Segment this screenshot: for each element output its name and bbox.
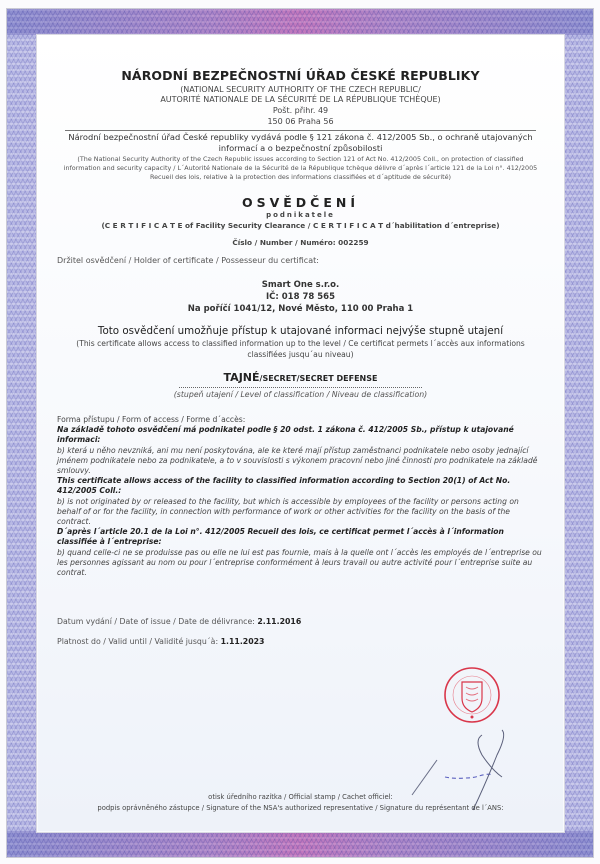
authority-po-box: Pošt. přihr. 49: [37, 106, 564, 115]
certificate-document: NÁRODNÍ BEZPEČNOSTNÍ ÚŘAD ČESKÉ REPUBLIK…: [36, 34, 565, 833]
certificate-subtitle: podnikatele: [37, 211, 564, 219]
classification-note: (stupeň utajení / Level of classificatio…: [37, 390, 564, 399]
valid-until-date: Platnost do / Valid until / Validité jus…: [57, 637, 264, 646]
access-fr-text: b) quand celle-ci ne se produisse pas ou…: [57, 548, 544, 579]
border-bottom-pattern: [7, 831, 593, 857]
access-en-heading: This certificate allows access of the fa…: [57, 476, 544, 496]
holder-id: IČ: 018 78 565: [37, 292, 564, 302]
certificate-title: OSVĚDČENÍ: [37, 195, 564, 210]
valid-until-label: Platnost do / Valid until / Validité jus…: [57, 637, 221, 646]
access-statement-en-fr: (This certificate allows access to class…: [67, 339, 534, 360]
classification-level-main: TAJNÉ: [224, 371, 260, 384]
access-fr-heading: D´après l´article 20.1 de la Loi n°. 412…: [57, 527, 544, 547]
authority-title-fr: AUTORITÉ NATIONALE DE LA SÉCURITÉ DE LA …: [37, 95, 564, 104]
valid-until-value: 1.11.2023: [221, 637, 265, 646]
holder-name: Smart One s.r.o.: [37, 280, 564, 290]
issuing-statement-cz: Národní bezpečnostní úřad České republik…: [59, 132, 542, 154]
issue-date-value: 2.11.2016: [257, 617, 301, 626]
issue-date: Datum vydání / Date of issue / Date de d…: [57, 617, 301, 626]
issuing-statement-en-fr: (The National Security Authority of the …: [59, 155, 542, 182]
holder-label: Držitel osvědčení / Holder of certificat…: [57, 256, 319, 265]
authority-title-en: (NATIONAL SECURITY AUTHORITY OF THE CZEC…: [37, 85, 564, 94]
authority-city: 150 06 Praha 56: [37, 117, 564, 126]
classification-level: TAJNÉ/SECRET/SECRET DEFENSE: [37, 371, 564, 384]
certificate-subtitle-en-fr: (C E R T I F I C A T E of Facility Secur…: [37, 221, 564, 230]
certificate-number: Číslo / Number / Numéro: 002259: [37, 238, 564, 247]
access-form-label: Forma přístupu / Form of access / Forme …: [57, 415, 544, 425]
holder-address: Na poříčí 1041/12, Nové Město, 110 00 Pr…: [37, 304, 564, 314]
signature-icon: [407, 725, 557, 815]
header-divider: [65, 130, 536, 131]
access-form-section: Forma přístupu / Form of access / Forme …: [57, 415, 544, 578]
access-cz-text: b) která u něho nevzniká, ani mu není po…: [57, 446, 544, 477]
authority-title: NÁRODNÍ BEZPEČNOSTNÍ ÚŘAD ČESKÉ REPUBLIK…: [37, 68, 564, 83]
border-top-pattern: [7, 9, 593, 35]
official-stamp-icon: [442, 665, 502, 725]
classification-dotted-line: [179, 387, 422, 388]
classification-level-translations: /SECRET/SECRET DEFENSE: [260, 374, 378, 383]
signature-caption: podpis oprávněného zástupce / Signature …: [37, 804, 564, 812]
access-en-text: b) is not originated by or released to t…: [57, 497, 544, 528]
access-cz-heading: Na základě tohoto osvědčení má podnikate…: [57, 425, 544, 445]
access-statement-cz: Toto osvědčení umožňuje přístup k utajov…: [37, 325, 564, 337]
stamp-caption: otisk úředního razítka / Official stamp …: [37, 793, 564, 801]
issue-date-label: Datum vydání / Date of issue / Date de d…: [57, 617, 257, 626]
